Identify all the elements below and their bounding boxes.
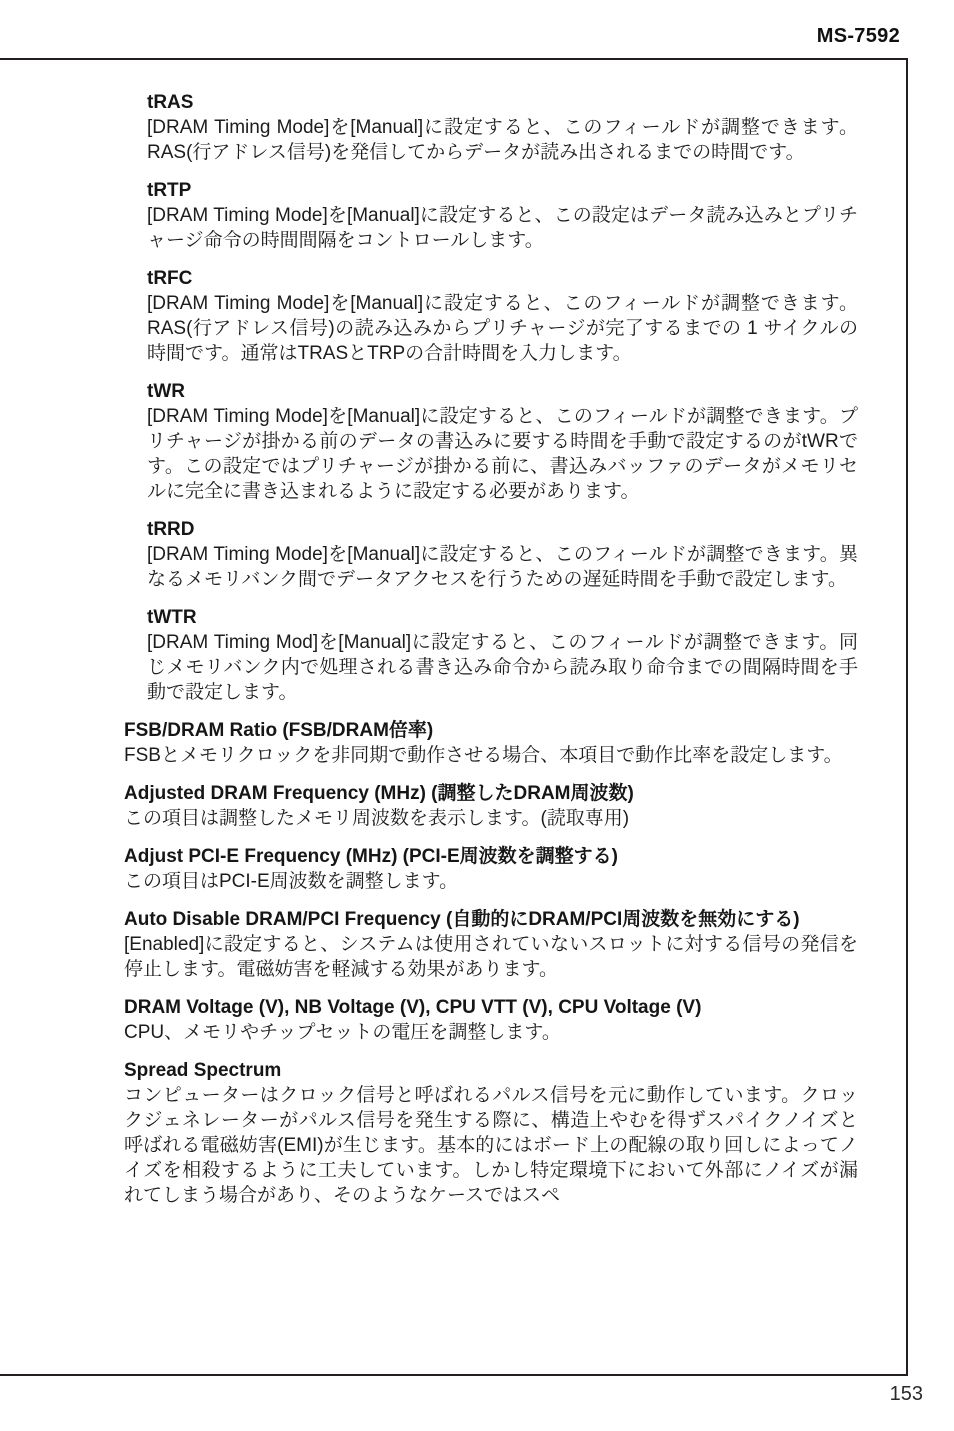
- section-body: [DRAM Timing Mode]を[Manual]に設定すると、このフィール…: [147, 115, 858, 165]
- section-body: [Enabled]に設定すると、システムは使用されていないスロットに対する信号の…: [124, 932, 858, 982]
- section-fsb-dram-ratio: FSB/DRAM Ratio (FSB/DRAM倍率) FSBとメモリクロックを…: [124, 718, 858, 768]
- section-body: [DRAM Timing Mode]を[Manual]に設定すると、このフィール…: [147, 542, 858, 592]
- section-heading: tRFC: [147, 266, 858, 291]
- section-body: この項目はPCI-E周波数を調整します。: [124, 869, 858, 894]
- section-heading: tWR: [147, 379, 858, 404]
- section-heading: Auto Disable DRAM/PCI Frequency (自動的にDRA…: [124, 907, 858, 932]
- section-tras: tRAS [DRAM Timing Mode]を[Manual]に設定すると、こ…: [147, 90, 858, 165]
- section-adjust-pcie-frequency: Adjust PCI-E Frequency (MHz) (PCI-E周波数を調…: [124, 844, 858, 894]
- section-spread-spectrum: Spread Spectrum コンピューターはクロック信号と呼ばれるパルス信号…: [124, 1058, 858, 1208]
- page-frame-right-rule: [906, 58, 908, 1376]
- section-trrd: tRRD [DRAM Timing Mode]を[Manual]に設定すると、こ…: [147, 517, 858, 592]
- section-trtp: tRTP [DRAM Timing Mode]を[Manual]に設定すると、こ…: [147, 178, 858, 253]
- section-trfc: tRFC [DRAM Timing Mode]を[Manual]に設定すると、こ…: [147, 266, 858, 366]
- page-frame-bottom-rule: [0, 1374, 908, 1376]
- page-frame-top-rule: [0, 58, 908, 60]
- page-content: tRAS [DRAM Timing Mode]を[Manual]に設定すると、こ…: [124, 90, 858, 1221]
- section-heading: DRAM Voltage (V), NB Voltage (V), CPU VT…: [124, 995, 858, 1020]
- section-heading: Spread Spectrum: [124, 1058, 858, 1083]
- section-body: CPU、メモリやチップセットの電圧を調整します。: [124, 1020, 858, 1045]
- section-dram-nb-cpu-voltage: DRAM Voltage (V), NB Voltage (V), CPU VT…: [124, 995, 858, 1045]
- section-body: [DRAM Timing Mod]を[Manual]に設定すると、このフィールド…: [147, 630, 858, 705]
- section-body: [DRAM Timing Mode]を[Manual]に設定すると、このフィール…: [147, 291, 858, 366]
- section-heading: Adjusted DRAM Frequency (MHz) (調整したDRAM周…: [124, 781, 858, 806]
- section-body: この項目は調整したメモリ周波数を表示します。(読取専用): [124, 806, 858, 831]
- doc-model-number: MS-7592: [817, 25, 900, 48]
- section-heading: tRAS: [147, 90, 858, 115]
- section-heading: tRTP: [147, 178, 858, 203]
- manual-page: MS-7592 tRAS [DRAM Timing Mode]を[Manual]…: [0, 0, 954, 1431]
- section-heading: tRRD: [147, 517, 858, 542]
- section-twr: tWR [DRAM Timing Mode]を[Manual]に設定すると、この…: [147, 379, 858, 504]
- section-heading: Adjust PCI-E Frequency (MHz) (PCI-E周波数を調…: [124, 844, 858, 869]
- section-body: FSBとメモリクロックを非同期で動作させる場合、本項目で動作比率を設定します。: [124, 743, 858, 768]
- section-heading: FSB/DRAM Ratio (FSB/DRAM倍率): [124, 718, 858, 743]
- section-body: [DRAM Timing Mode]を[Manual]に設定すると、この設定はデ…: [147, 203, 858, 253]
- page-number: 153: [890, 1383, 923, 1406]
- section-heading: tWTR: [147, 605, 858, 630]
- section-body: [DRAM Timing Mode]を[Manual]に設定すると、このフィール…: [147, 404, 858, 504]
- section-adjusted-dram-frequency: Adjusted DRAM Frequency (MHz) (調整したDRAM周…: [124, 781, 858, 831]
- section-auto-disable-dram-pci-frequency: Auto Disable DRAM/PCI Frequency (自動的にDRA…: [124, 907, 858, 982]
- section-twtr: tWTR [DRAM Timing Mod]を[Manual]に設定すると、この…: [147, 605, 858, 705]
- section-body: コンピューターはクロック信号と呼ばれるパルス信号を元に動作しています。クロックジ…: [124, 1083, 858, 1208]
